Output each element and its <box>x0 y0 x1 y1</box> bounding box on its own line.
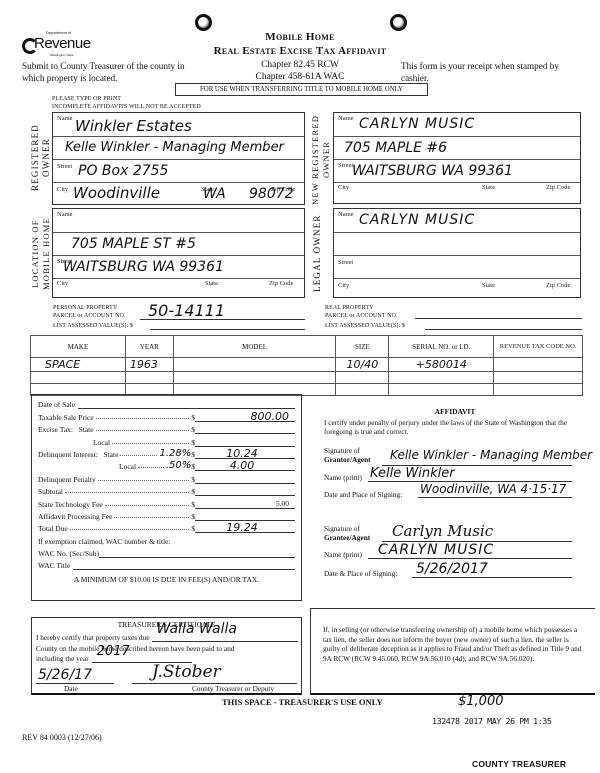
grantor-name-label: Name (print) <box>324 473 362 482</box>
total-due-row: Total Due$ 19.24 <box>38 521 295 533</box>
cell-make[interactable] <box>31 372 126 384</box>
location-state-label: State <box>205 280 218 287</box>
location-city-label: City <box>57 280 68 287</box>
personal-parcel-field[interactable]: 50-14111 <box>140 304 305 320</box>
treasurer-date-field[interactable]: 5/26/17 <box>36 668 114 684</box>
total-due-value[interactable]: 19.24 <box>195 522 295 533</box>
cell-size[interactable]: 10/40 <box>336 358 389 372</box>
excise-local-label: Local <box>93 438 110 447</box>
grantee-sig-label2: Grantee/Agent <box>324 533 370 542</box>
grantee-date-label: Date & Place of Signing: <box>324 569 397 578</box>
legal-owner-street-label: Street <box>338 259 353 266</box>
table-row <box>31 372 583 384</box>
cell-make[interactable]: SPACE <box>31 358 126 372</box>
grantee-name-field[interactable]: CARLYN MUSIC <box>368 543 572 559</box>
processing-fee-row: Affidavit Processing Fee$ <box>38 509 295 521</box>
county-field[interactable]: Walla Walla <box>152 633 298 642</box>
legal-owner-name-label: Name <box>338 211 354 218</box>
grantor-sig-label2: Grantor/Agent <box>324 455 371 464</box>
excise-state-label: Excise Tax: State <box>38 425 94 434</box>
subtotal-row: Subtotal$ <box>38 484 295 496</box>
mobile-home-table: MAKE YEAR MODEL SIZE SERIAL NO. or I.D. … <box>30 335 583 396</box>
subtotal-value[interactable] <box>195 485 295 496</box>
registered-owner-street-label: Street <box>57 163 72 170</box>
form-title-line2: Real Estate Excise Tax Affidavit <box>180 45 420 57</box>
new-owner-name[interactable]: CARLYN MUSIC <box>359 116 475 132</box>
treasurer-signature: J.Stober <box>152 662 221 682</box>
penalty-value[interactable] <box>195 473 295 484</box>
processing-fee-value[interactable] <box>195 510 295 521</box>
legal-owner-label: LEGAL OWNER <box>312 208 334 298</box>
cell-tax-code[interactable] <box>494 372 583 384</box>
treasurer-line3-text: including the year <box>36 654 89 663</box>
delinquent-local-row: Local .50% $ 4.00 <box>38 459 295 471</box>
real-assessed-field[interactable] <box>425 322 582 330</box>
treasurer-line1: I hereby certify that property taxes due… <box>36 633 298 642</box>
legal-owner-zip-label: Zip Code <box>546 282 570 289</box>
treasurer-stamp: 132478 2017 MAY 26 PM 1:35 <box>432 716 551 726</box>
personal-property-label: PERSONAL PROPERTY <box>53 305 117 311</box>
treasurer-use-only: THIS SPACE - TREASURER'S USE ONLY <box>222 697 383 707</box>
treasurer-line1-text: I hereby certify that property taxes due <box>36 633 149 642</box>
new-owner-zip-label: Zip Code <box>546 184 570 191</box>
treasurer-signature-label: County Treasurer or Deputy <box>192 684 274 693</box>
grantee-signature-field[interactable]: Carlyn Music <box>382 526 572 542</box>
new-owner-city-label: City <box>338 184 349 191</box>
receipt-note: This form is your receipt when stamped b… <box>401 60 571 84</box>
real-assessed-label: LIST ASSESSED VALUE(S): $ <box>325 323 405 329</box>
tech-fee-row: State Technology Fee$ 5.00 <box>38 496 295 508</box>
grantor-signature-label: Signature of Grantor/Agent <box>324 446 371 464</box>
col-make: MAKE <box>31 336 126 358</box>
grantee-signature-label: Signature of Grantee/Agent <box>324 524 370 542</box>
year-value: 2017 <box>97 647 130 656</box>
wac-title-label: WAC Title <box>38 561 70 570</box>
county-value: Walla Walla <box>156 625 236 634</box>
personal-parcel-value: 50-14111 <box>148 301 225 320</box>
real-parcel-field[interactable] <box>415 311 582 319</box>
registered-owner-city[interactable]: Woodinville <box>73 184 160 202</box>
delinquent-state-value[interactable]: 10.24 <box>195 448 295 459</box>
personal-assessed-field[interactable] <box>150 322 305 330</box>
location-name-label: Name <box>57 211 73 218</box>
legal-owner-box: Name CARLYN MUSIC Street City State Zip … <box>333 208 581 298</box>
registered-owner-city-label: City <box>57 186 68 193</box>
cell-tax-code[interactable] <box>494 384 583 396</box>
table-header-row: MAKE YEAR MODEL SIZE SERIAL NO. or I.D. … <box>31 336 583 358</box>
col-tax-code: REVENUE TAX CODE NO. <box>494 336 583 358</box>
treasurer-date-label: Date <box>64 684 78 693</box>
treasurer-date: 5/26/17 <box>38 667 92 683</box>
excise-local-row: Local$ <box>38 434 295 446</box>
lien-notice-box: If, in selling (or otherwise transferrin… <box>310 608 595 695</box>
location-zip-label: Zip Code <box>269 280 293 287</box>
col-size: SIZE <box>336 336 389 358</box>
excise-local-value[interactable] <box>195 436 295 447</box>
delinquent-state-rate[interactable]: 1.28% <box>159 448 191 459</box>
penalty-label: Delinquent Penalty <box>38 475 96 484</box>
location-box: Name 705 MAPLE ST #5 Street WAITSBURG WA… <box>52 208 305 298</box>
grantor-signature: Kelle Winkler - Managing Member <box>390 448 592 462</box>
new-owner-street-label: Street <box>338 162 353 169</box>
registered-owner-zip[interactable]: 98072 <box>249 186 294 202</box>
grantor-date-field[interactable]: Woodinville, WA 4·15·17 <box>418 483 572 498</box>
form-number: REV 84 0003 (12/27/06) <box>22 733 102 742</box>
legal-owner-city-label: City <box>338 282 349 289</box>
date-of-sale-label: Date of Sale <box>38 400 75 409</box>
chapter-wac: Chapter 458-61A WAC <box>200 72 400 82</box>
exemption-label: If exemption claimed, WAC number & title… <box>38 537 171 546</box>
tech-fee-label: State Technology Fee <box>38 500 103 509</box>
legal-owner-name[interactable]: CARLYN MUSIC <box>359 212 475 228</box>
col-serial: SERIAL NO. or I.D. <box>389 336 494 358</box>
cell-tax-code[interactable] <box>494 358 583 372</box>
exemption-row: If exemption claimed, WAC number & title… <box>38 533 295 545</box>
minimum-note: A MINIMUM OF $10.00 IS DUE IN FEE(S) AND… <box>38 575 295 584</box>
location-label: LOCATION OF MOBILE HOME <box>30 208 54 300</box>
date-of-sale-field[interactable] <box>78 399 295 409</box>
lien-notice: If, in selling (or otherwise transferrin… <box>311 609 595 663</box>
cell-serial[interactable]: +580014 <box>389 358 494 372</box>
legal-owner-state-label: State <box>482 282 495 289</box>
treasurer-amount: $1,000 <box>458 694 504 709</box>
table-row: SPACE 1963 10/40 +580014 <box>31 358 583 372</box>
grantor-date: Woodinville, WA 4·15·17 <box>420 482 566 496</box>
affidavit-statement: I certify under penalty of perjury under… <box>324 418 569 436</box>
registered-owner-box: Name Winkler Estates Kelle Winkler - Man… <box>52 112 305 205</box>
treasurer-certificate-box: TREASURER'S CERTIFICATE I hereby certify… <box>31 617 302 695</box>
submit-note: Submit to County Treasurer of the county… <box>22 60 197 84</box>
total-due-label: Total Due <box>38 524 68 533</box>
new-owner-address-line[interactable]: 705 MAPLE #6 <box>344 140 447 156</box>
grantee-date: 5/26/2017 <box>416 561 488 577</box>
grantor-name: Kelle Winkler <box>370 466 455 481</box>
registered-owner-street[interactable]: PO Box 2755 <box>78 163 168 179</box>
instruction-type-print: PLEASE TYPE OR PRINT <box>52 96 121 102</box>
taxable-sale-row: Taxable Sale Price$ 800.00 <box>38 409 295 421</box>
taxable-sale-value[interactable]: 800.00 <box>195 411 295 422</box>
treasurer-signature-field[interactable]: J.Stober <box>132 668 297 684</box>
processing-fee-label: Affidavit Processing Fee <box>38 512 112 521</box>
punch-hole-right <box>390 14 407 31</box>
grantee-name: CARLYN MUSIC <box>378 542 494 558</box>
grantee-date-field[interactable]: 5/26/2017 <box>412 562 572 578</box>
registered-owner-label: REGISTERED OWNER <box>30 112 52 204</box>
instruction-incomplete: INCOMPLETE AFFIDAVITS WILL NOT BE ACCEPT… <box>52 104 201 110</box>
col-model: MODEL <box>173 336 336 358</box>
form-title-line1: Mobile Home <box>200 31 400 43</box>
tech-fee-value: 5.00 <box>195 498 295 509</box>
revenue-logo: Department of Revenue Washington State <box>22 30 87 60</box>
delinquent-local-label: Local <box>119 462 136 471</box>
punch-hole-left <box>195 14 212 31</box>
wac-no-label: WAC No. (Sec/Sub) <box>38 549 99 558</box>
grantor-name-field[interactable]: Kelle Winkler <box>368 467 572 482</box>
logo-tagline: Washington State <box>50 53 74 57</box>
registered-owner-name[interactable]: Winkler Estates <box>75 117 192 135</box>
fees-box: Date of Sale Taxable Sale Price$ 800.00 … <box>31 394 302 601</box>
date-of-sale-row: Date of Sale <box>38 397 295 409</box>
new-registered-owner-label: NEW REGISTERED OWNER <box>310 112 334 207</box>
cell-serial[interactable] <box>389 384 494 396</box>
new-owner-state-label: State <box>482 184 495 191</box>
registered-owner-state[interactable]: WA <box>203 186 226 202</box>
treasurer-line2: County on the mobile home described here… <box>36 644 234 653</box>
grantee-signature: Carlyn Music <box>392 522 493 540</box>
registered-owner-name-label: Name <box>57 115 73 122</box>
delinquent-state-row: Delinquent Interest: State 1.28% $ 10.24 <box>38 447 295 459</box>
delinquent-state-label: Delinquent Interest: State <box>38 450 118 459</box>
registered-owner-name-line2[interactable]: Kelle Winkler - Managing Member <box>65 140 284 155</box>
logo-name: Revenue <box>34 35 91 52</box>
cell-serial[interactable] <box>389 372 494 384</box>
real-parcel-label: PARCEL or ACCOUNT NO. <box>325 313 398 319</box>
grantee-name-label: Name (print) <box>324 550 362 559</box>
cell-year[interactable] <box>125 372 173 384</box>
chapter-rcw: Chapter 82.45 RCW <box>200 60 400 70</box>
personal-assessed-label: LIST ASSESSED VALUE(S): $ <box>53 323 133 329</box>
new-owner-name-label: Name <box>338 115 354 122</box>
use-banner: FOR USE WHEN TRANSFERRING TITLE TO MOBIL… <box>175 83 428 96</box>
real-property-label: REAL PROPERTY <box>325 305 374 311</box>
personal-parcel-label: PARCEL or ACCOUNT NO. <box>53 313 126 319</box>
col-year: YEAR <box>125 336 173 358</box>
excise-state-value[interactable] <box>195 423 295 434</box>
cell-size[interactable] <box>336 372 389 384</box>
delinquent-local-value[interactable]: 4.00 <box>195 460 295 471</box>
cell-model[interactable] <box>173 372 336 384</box>
grantee-sig-label1: Signature of <box>324 524 370 533</box>
cell-model[interactable] <box>173 358 336 372</box>
location-street[interactable]: WAITSBURG WA 99361 <box>63 259 224 275</box>
penalty-row: Delinquent Penalty$ <box>38 471 295 483</box>
wac-no-field[interactable] <box>99 548 295 558</box>
new-registered-owner-box: Name CARLYN MUSIC 705 MAPLE #6 Street WA… <box>333 112 581 204</box>
delinquent-local-rate[interactable]: .50% <box>166 460 191 471</box>
grantor-signature-field[interactable]: Kelle Winkler - Managing Member <box>382 450 572 466</box>
cell-year[interactable]: 1963 <box>125 358 173 372</box>
location-address-line[interactable]: 705 MAPLE ST #5 <box>71 236 196 252</box>
taxable-sale-label: Taxable Sale Price <box>38 413 94 422</box>
new-owner-street[interactable]: WAITSBURG WA 99361 <box>352 163 513 179</box>
excise-state-row: Excise Tax: State$ <box>38 422 295 434</box>
subtotal-label: Subtotal <box>38 487 63 496</box>
grantor-date-label: Date and Place of Signing: <box>324 490 402 499</box>
wac-title-field[interactable] <box>73 560 295 570</box>
affidavit-title: AFFIDAVIT <box>310 407 600 416</box>
wac-no-row: WAC No. (Sec/Sub) <box>38 546 295 558</box>
grantor-sig-label1: Signature of <box>324 446 371 455</box>
cell-size[interactable] <box>336 384 389 396</box>
county-treasurer-label: COUNTY TREASURER <box>472 759 566 769</box>
wac-title-row: WAC Title <box>38 558 295 570</box>
